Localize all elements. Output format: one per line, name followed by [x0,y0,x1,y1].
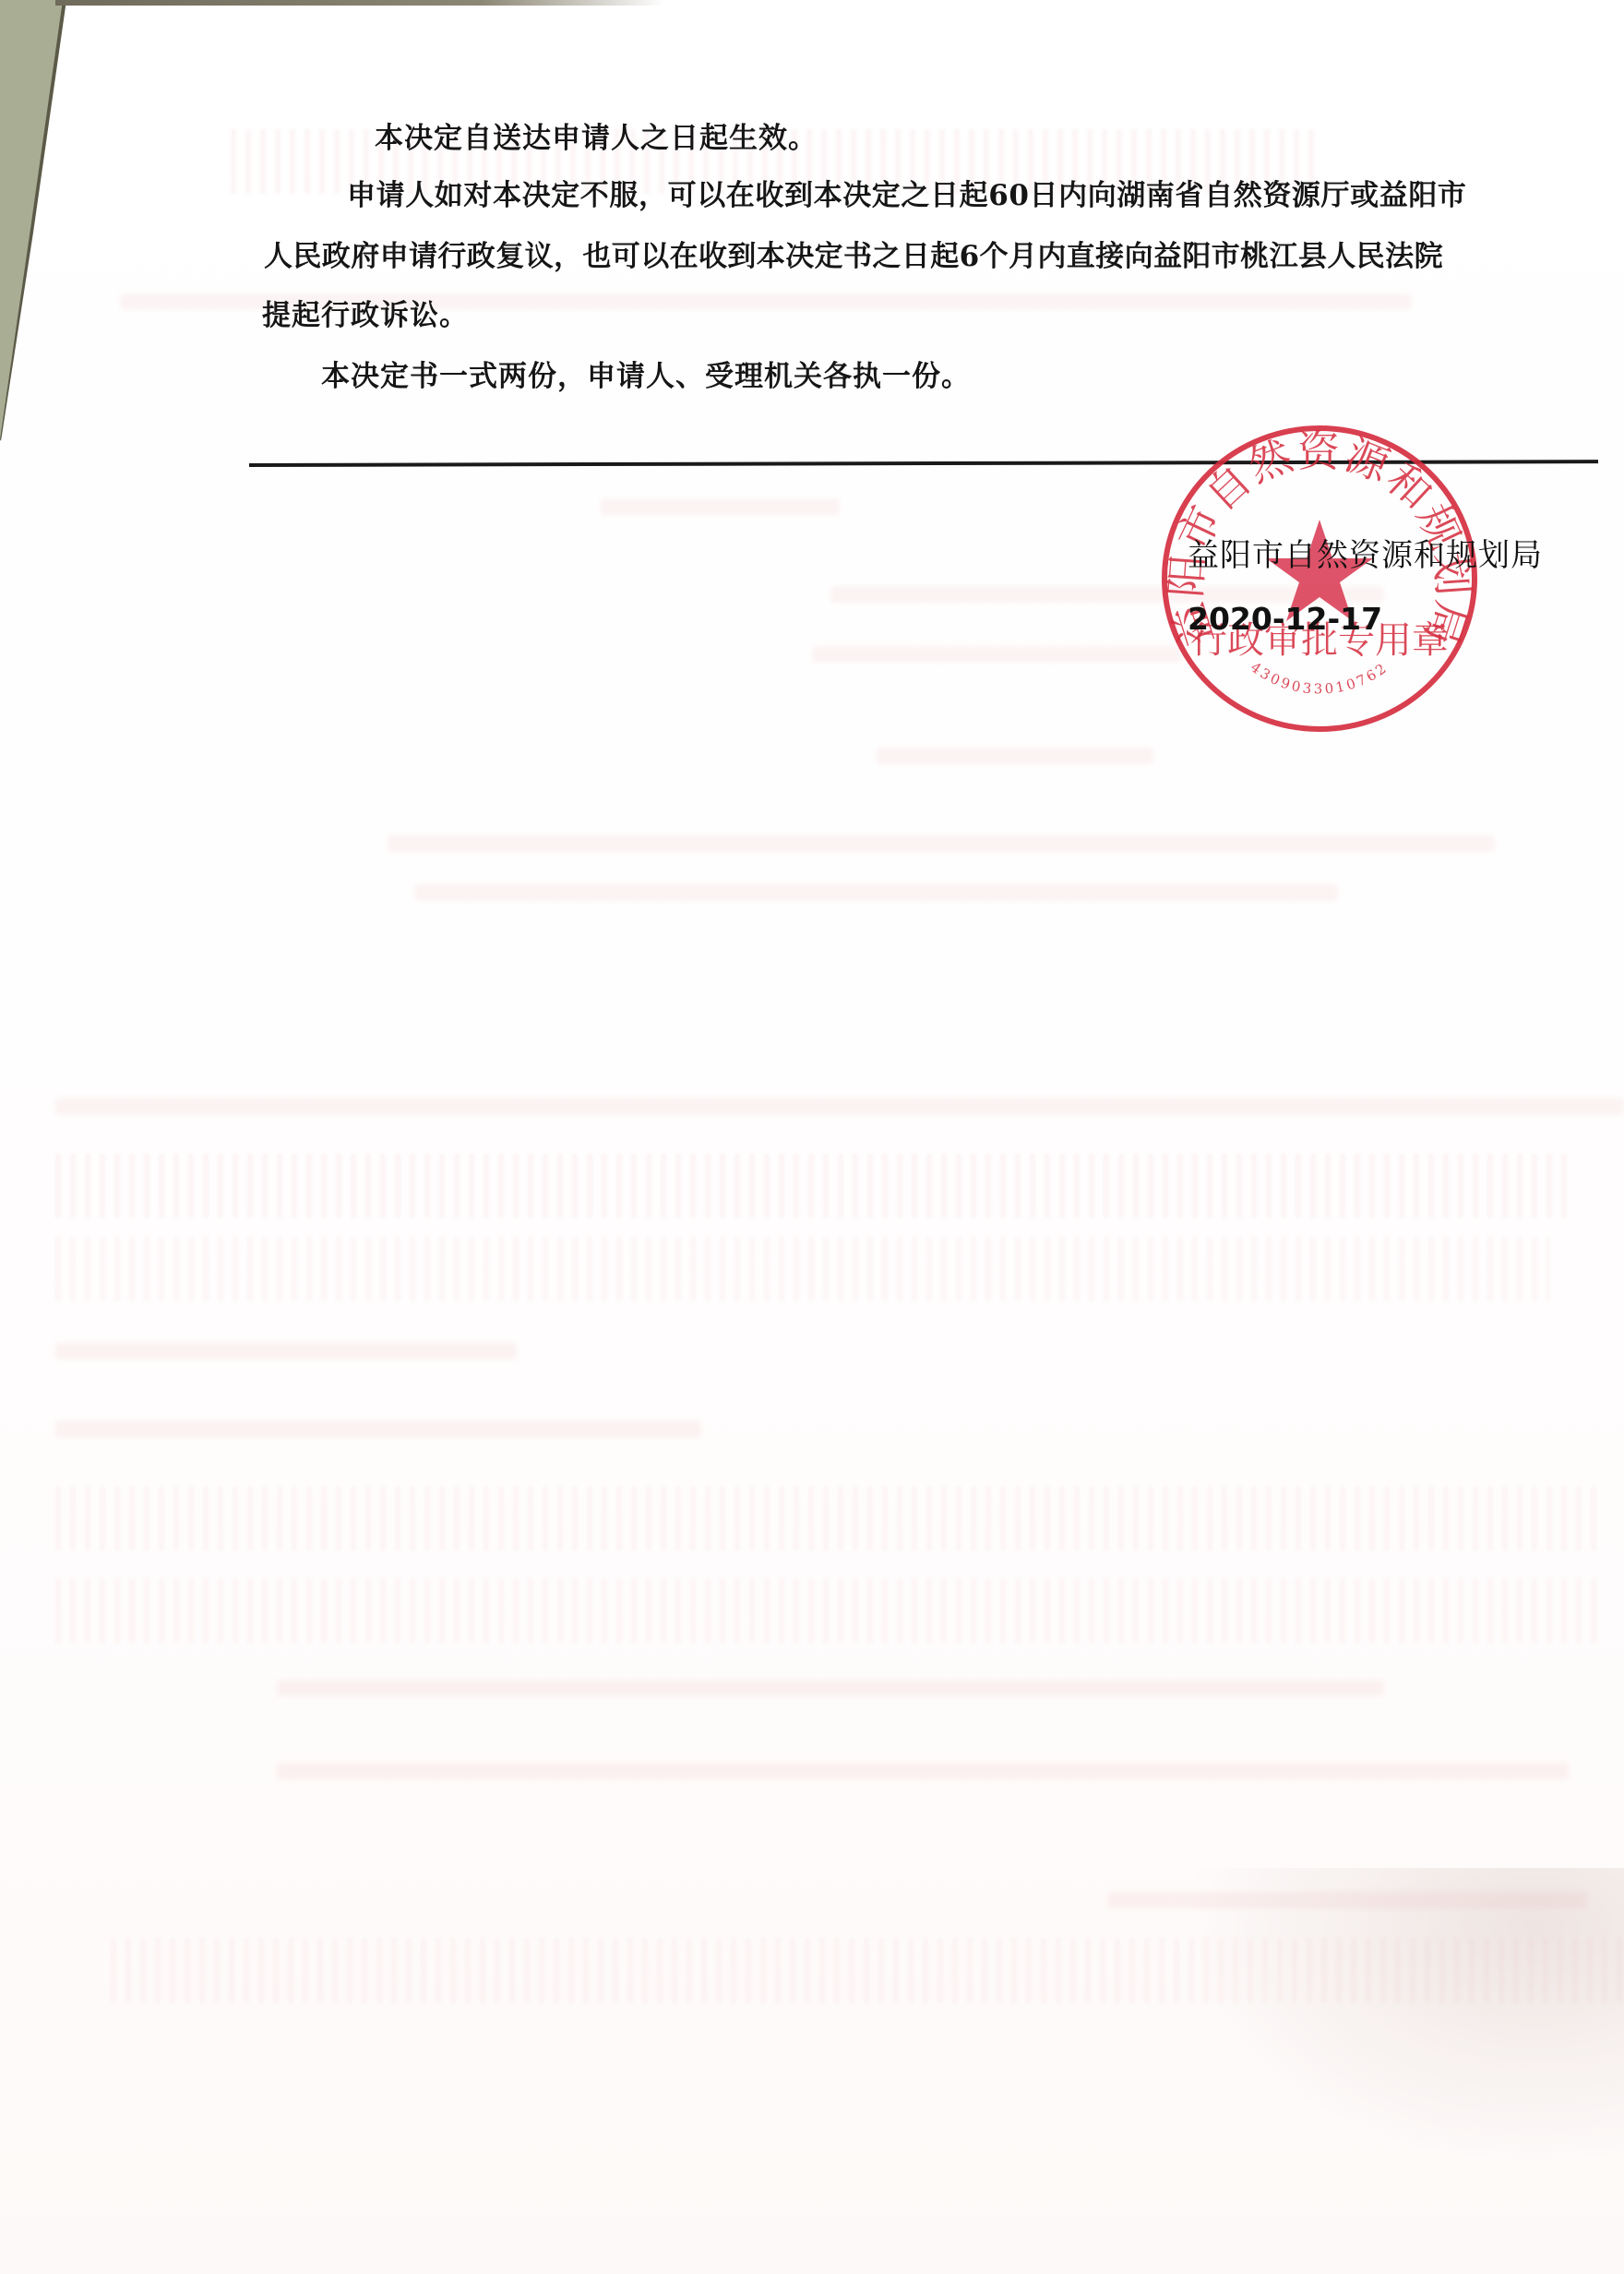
bleed-through-line [600,498,840,515]
bleed-through-line [812,646,1181,663]
bleed-through-line [55,1154,1569,1218]
paper-top-edge [55,0,664,6]
bleed-through-line [55,1098,1624,1115]
bleed-through-line [55,1343,517,1359]
bleed-through-line [415,884,1338,901]
paragraph-appeal-rights: 申请人如对本决定不服，可以在收到本决定之日起60日内向湖南省自然资源厅或益阳市 [347,177,1467,214]
paragraph-appeal-rights-cont: 人民政府申请行政复议，也可以在收到本决定书之日起6个月内直接向益阳市桃江县人民法… [264,238,1443,275]
paragraph-appeal-rights-end: 提起行政诉讼。 [262,297,469,334]
seal-serial-number: 4309033010762 [1248,659,1391,698]
bleed-through-line [55,1237,1550,1301]
paragraph-copies: 本决定书一式两份，申请人、受理机关各执一份。 [321,358,971,395]
bleed-through-line [111,1938,1624,2003]
bleed-through-line [55,1578,1606,1643]
official-seal: 益阳市自然资源和规划局 行政审批专用章 4309033010762 [1158,420,1481,738]
bleed-through-line [55,1486,1606,1550]
bleed-through-line [388,835,1495,852]
bleed-through-line [1107,1892,1587,1909]
paragraph-effective-date: 本决定自送达申请人之日起生效。 [375,120,818,157]
bleed-through-line [877,748,1153,764]
paper-shadow [1181,1868,1624,2163]
bleed-through-line [55,1421,701,1438]
signature-date: 2020-12-17 [1188,602,1382,637]
bleed-through-line [277,1680,1384,1696]
bleed-through-line [277,1763,1569,1779]
signature-organization: 益阳市自然资源和规划局 [1188,537,1543,574]
